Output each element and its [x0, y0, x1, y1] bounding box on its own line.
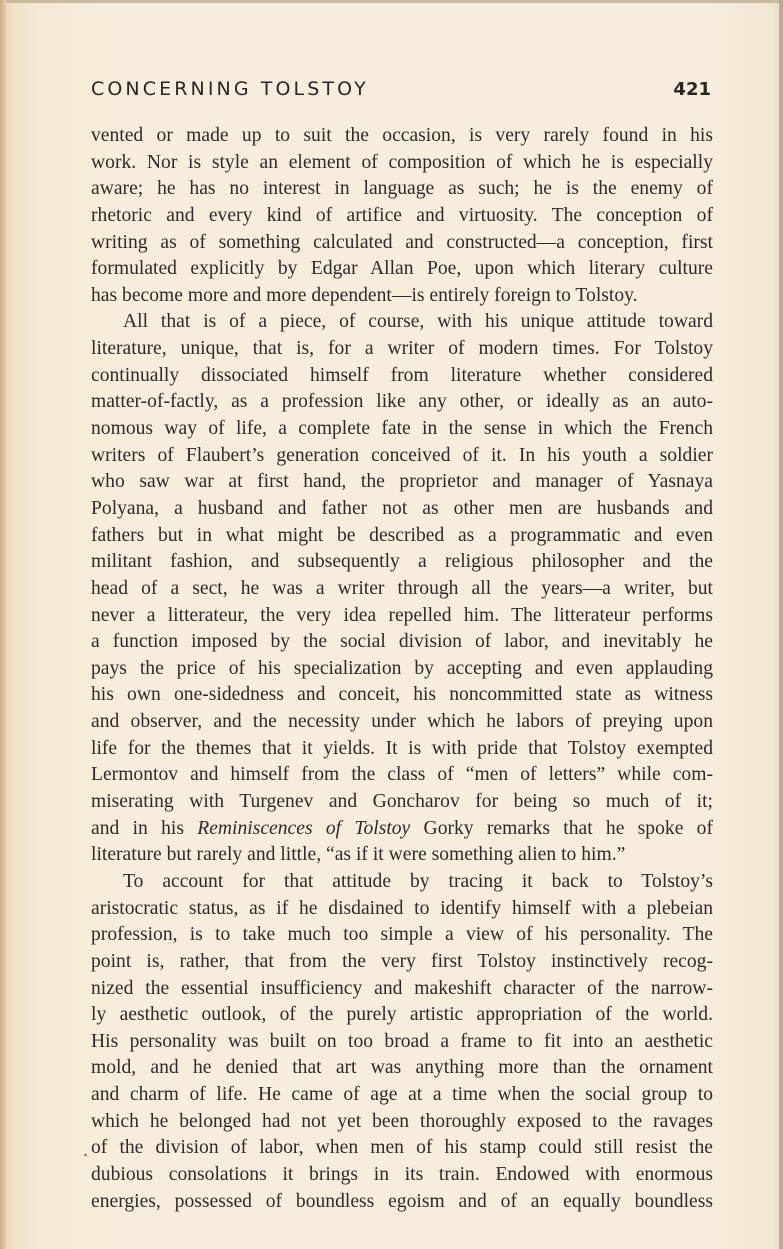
text-line: point is, rather, that from the very fir… [91, 949, 713, 976]
text-line: work. Nor is style an element of composi… [91, 150, 713, 177]
page-top-edge [0, 0, 783, 3]
text-line: head of a sect, he was a writer through … [91, 576, 713, 603]
text-line: dubious consolations it brings in its tr… [91, 1162, 713, 1189]
text-line: Polyana, a husband and father not as oth… [91, 496, 713, 523]
text-line: literature, unique, that is, for a write… [91, 336, 713, 363]
text-line: profession, is to take much too simple a… [91, 922, 713, 949]
text-line: energies, possessed of boundless egoism … [91, 1189, 713, 1216]
text-line: who saw war at first hand, the proprieto… [91, 469, 713, 496]
text-line: Lermontov and himself from the class of … [91, 762, 713, 789]
page-gutter-shadow [0, 0, 6, 1249]
text-line: fathers but in what might be described a… [91, 523, 713, 550]
text-line-paragraph-end: literature but rarely and little, “as if… [91, 842, 713, 869]
text-line: ly aesthetic outlook, of the purely arti… [91, 1002, 713, 1029]
text-line: formulated explicitly by Edgar Allan Poe… [91, 256, 713, 283]
text-line: life for the themes that it yields. It i… [91, 736, 713, 763]
text-line: writers of Flaubert’s generation conceiv… [91, 443, 713, 470]
running-head: CONCERNING TOLSTOY 421 [91, 78, 713, 106]
page-number: 421 [673, 79, 711, 100]
text-line-paragraph-start: All that is of a piece, of course, with … [91, 309, 713, 336]
text-line: nomous way of life, a complete fate in t… [91, 416, 713, 443]
text-line: aware; he has no interest in language as… [91, 176, 713, 203]
text-line-paragraph-end: has become more and more dependent—is en… [91, 283, 713, 310]
text-line: His personality was built on too broad a… [91, 1029, 713, 1056]
paper-speck [84, 1153, 88, 1156]
text-line: pays the price of his specialization by … [91, 656, 713, 683]
text-line: writing as of something calculated and c… [91, 230, 713, 257]
body-text: vented or made up to suit the occasion, … [91, 123, 713, 1215]
text-segment: and in his [91, 818, 197, 839]
text-line: miserating with Turgenev and Goncharov f… [91, 789, 713, 816]
book-title-italic: Reminiscences of Tolstoy [197, 818, 410, 839]
text-line: which he belonged had not yet been thoro… [91, 1109, 713, 1136]
text-line: never a litterateur, the very idea repel… [91, 603, 713, 630]
text-line-with-book-title: and in his Reminiscences of Tolstoy Gork… [91, 816, 713, 843]
text-line: aristocratic status, as if he disdained … [91, 896, 713, 923]
text-line: continually dissociated himself from lit… [91, 363, 713, 390]
text-line: his own one-sidedness and conceit, his n… [91, 682, 713, 709]
text-line: a function imposed by the social divisio… [91, 629, 713, 656]
text-segment: Gorky remarks that he spoke of [410, 818, 713, 839]
book-page: CONCERNING TOLSTOY 421 vented or made up… [0, 0, 783, 1249]
text-line: mold, and he denied that art was anythin… [91, 1055, 713, 1082]
text-line: and charm of life. He came of age at a t… [91, 1082, 713, 1109]
text-line: nized the essential insufficiency and ma… [91, 976, 713, 1003]
text-line: of the division of labor, when men of hi… [91, 1135, 713, 1162]
text-line: rhetoric and every kind of artifice and … [91, 203, 713, 230]
text-line-paragraph-start: To account for that attitude by tracing … [91, 869, 713, 896]
text-line: vented or made up to suit the occasion, … [91, 123, 713, 150]
page-right-edge [779, 0, 783, 1249]
text-line: militant fashion, and subsequently a rel… [91, 549, 713, 576]
text-line: and observer, and the necessity under wh… [91, 709, 713, 736]
running-title: CONCERNING TOLSTOY [91, 78, 369, 100]
text-line: matter-of-factly, as a profession like a… [91, 389, 713, 416]
